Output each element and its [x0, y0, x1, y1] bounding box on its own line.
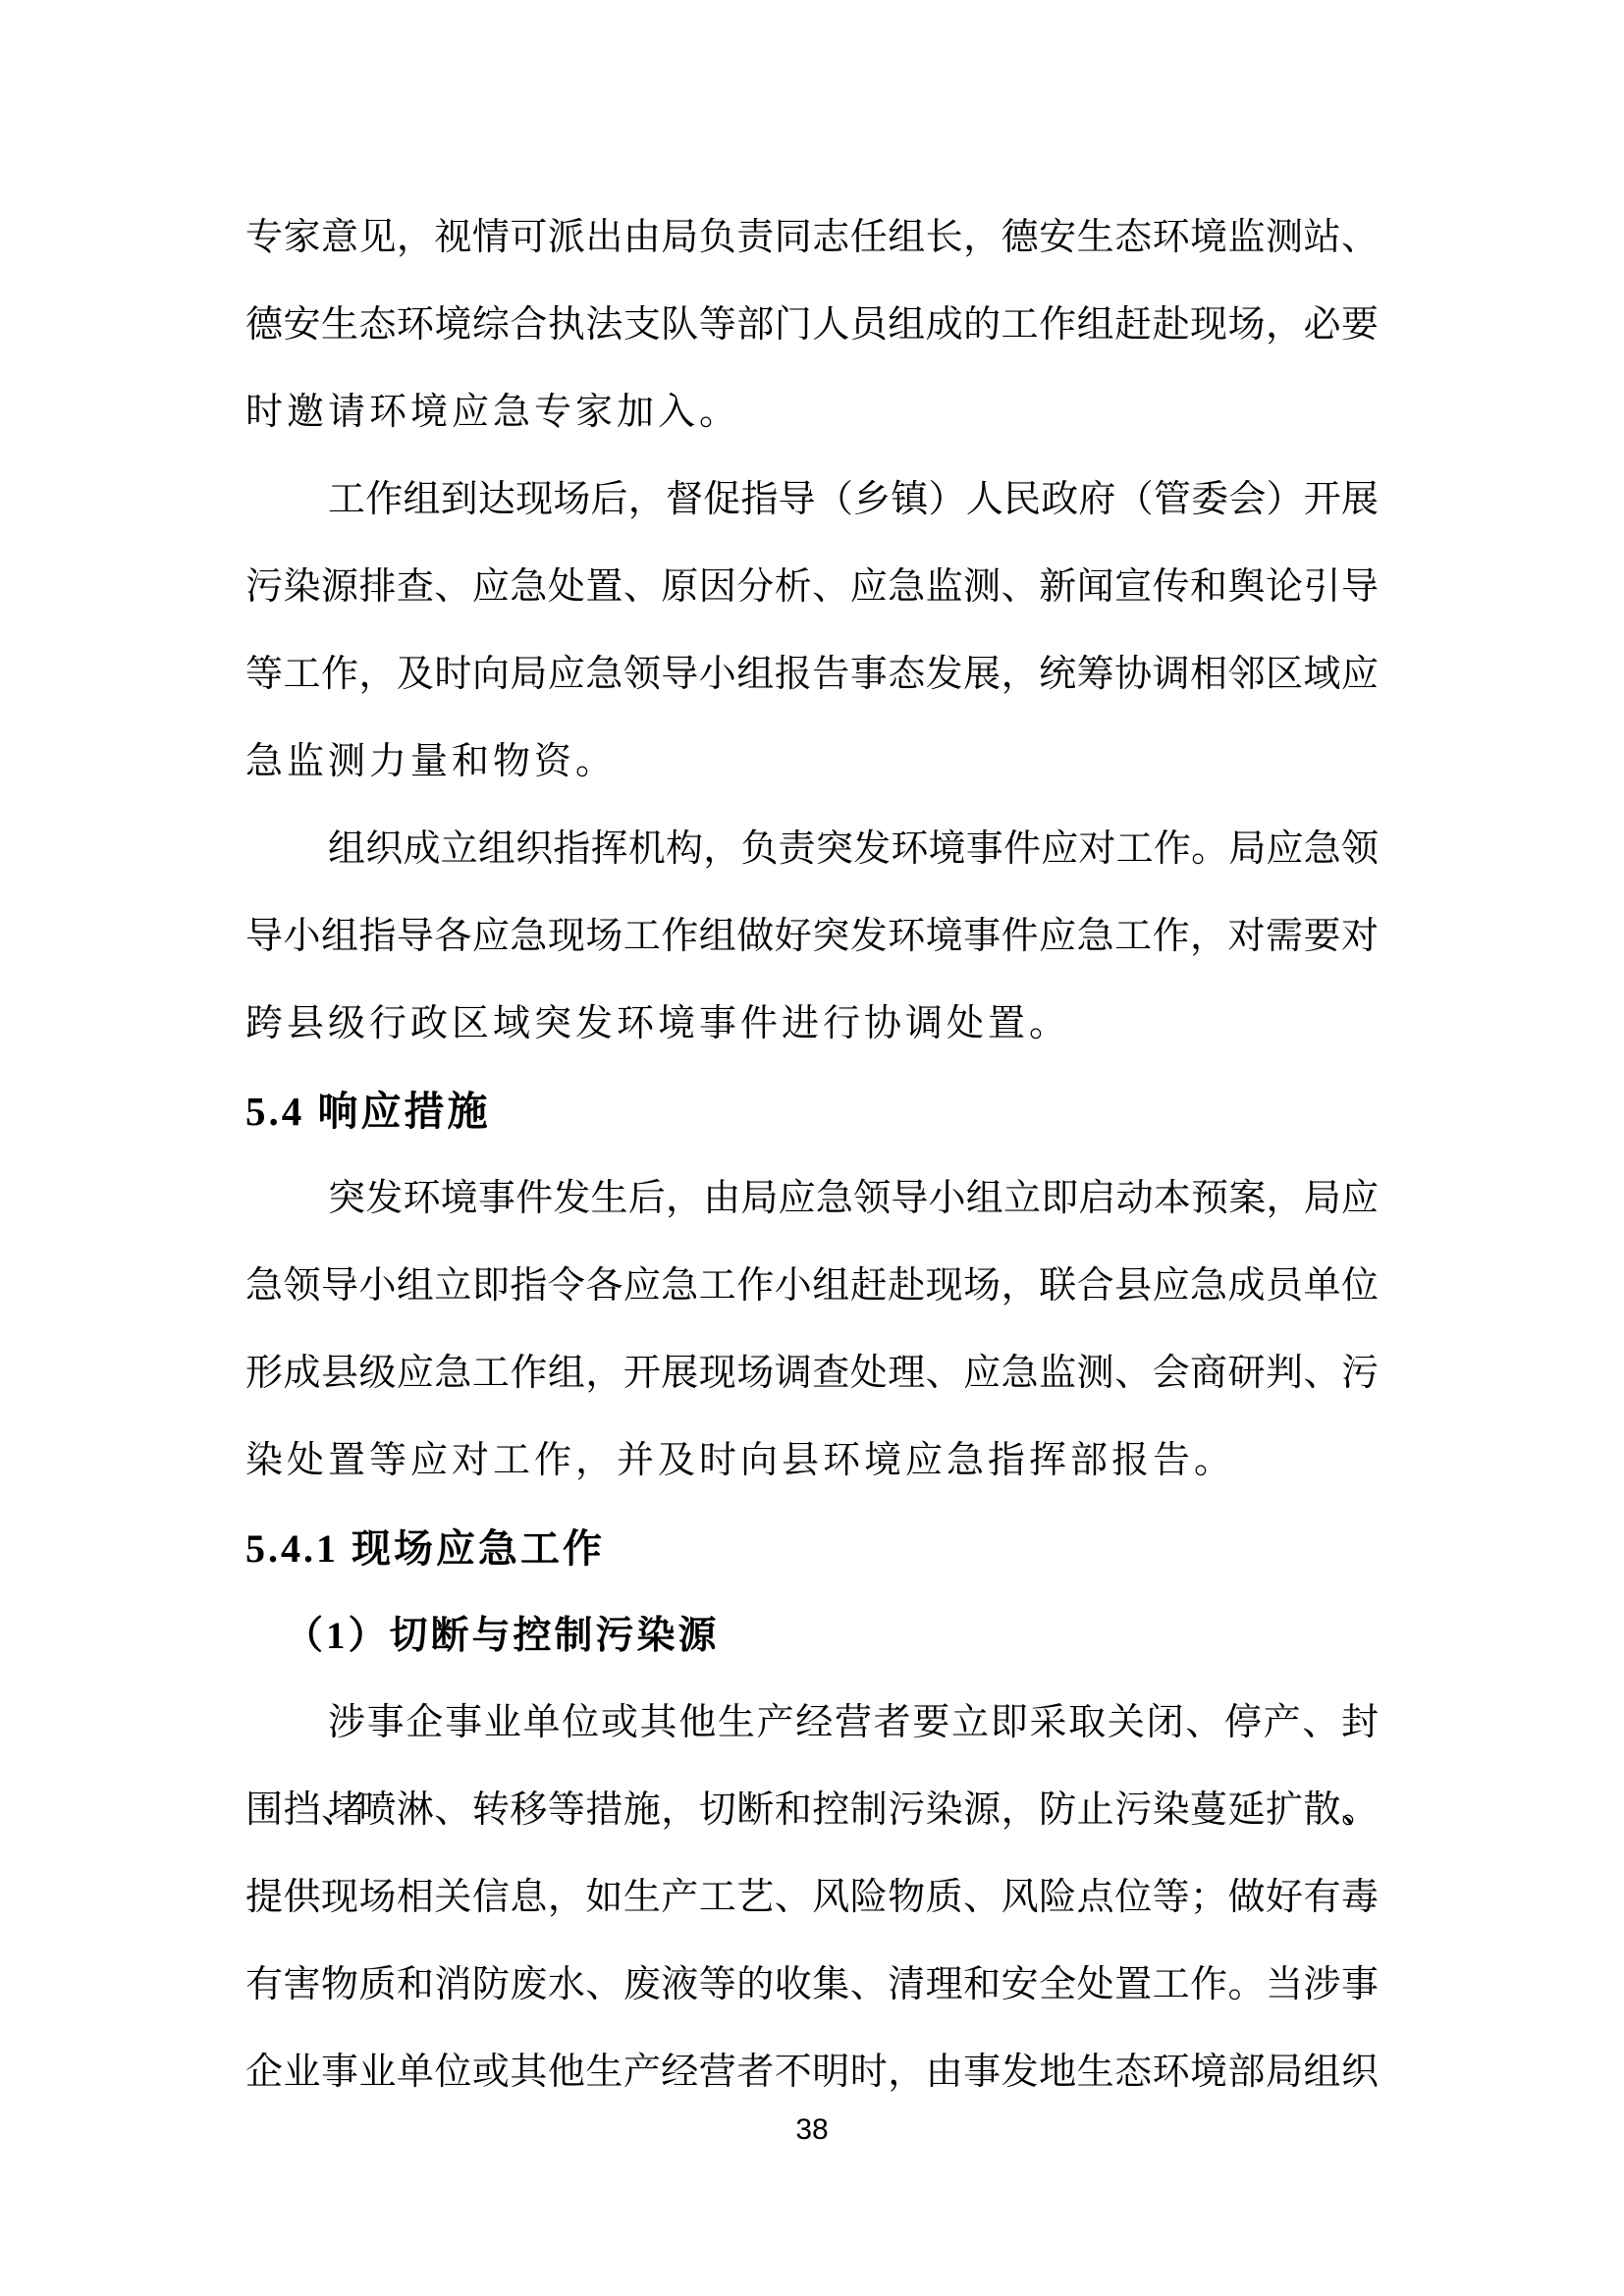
- body-line: 专家意见，视情可派出由局负责同志任组长，德安生态环境监测站、: [245, 194, 1379, 282]
- body-line: 提供现场相关信息，如生产工艺、风险物质、风险点位等；做好有毒: [245, 1854, 1379, 1942]
- section-heading-5-4: 5.4 响应措施: [245, 1068, 1379, 1155]
- body-line: 德安生态环境综合执法支队等部门人员组成的工作组赶赴现场，必要: [245, 282, 1379, 369]
- body-line: 企业事业单位或其他生产经营者不明时，由事发地生态环境部局组织: [245, 2029, 1379, 2116]
- body-line: 有害物质和消防废水、废液等的收集、清理和安全处置工作。当涉事: [245, 1942, 1379, 2029]
- body-line: 污染源排查、应急处置、原因分析、应急监测、新闻宣传和舆论引导: [245, 544, 1379, 631]
- body-line: 形成县级应急工作组，开展现场调查处理、应急监测、会商研判、污: [245, 1330, 1379, 1417]
- body-line: 急领导小组立即指令各应急工作小组赶赴现场，联合县应急成员单位: [245, 1243, 1379, 1330]
- body-line: 工作组到达现场后，督促指导（乡镇）人民政府（管委会）开展: [245, 456, 1379, 544]
- document-page: 专家意见，视情可派出由局负责同志任组长，德安生态环境监测站、 德安生态环境综合执…: [0, 0, 1624, 2296]
- section-heading-5-4-1: 5.4.1 现场应急工作: [245, 1505, 1379, 1592]
- body-line: 等工作，及时向局应急领导小组报告事态发展，统筹协调相邻区域应: [245, 631, 1379, 719]
- body-line: 导小组指导各应急现场工作组做好突发环境事件应急工作，对需要对: [245, 893, 1379, 981]
- body-line: 急监测力量和物资。: [245, 719, 1379, 806]
- body-line: 染处置等应对工作，并及时向县环境应急指挥部报告。: [245, 1417, 1379, 1505]
- body-line: 突发环境事件发生后，由局应急领导小组立即启动本预案，局应: [245, 1155, 1379, 1243]
- body-line: 时邀请环境应急专家加入。: [245, 369, 1379, 456]
- body-line: 跨县级行政区域突发环境事件进行协调处置。: [245, 981, 1379, 1068]
- body-line: 涉事企事业单位或其他生产经营者要立即采取关闭、停产、封堵、: [245, 1680, 1379, 1767]
- body-line: 组织成立组织指挥机构，负责突发环境事件应对工作。局应急领: [245, 806, 1379, 893]
- page-number: 38: [245, 2109, 1379, 2152]
- page-content: 专家意见，视情可派出由局负责同志任组长，德安生态环境监测站、 德安生态环境综合执…: [245, 194, 1379, 2116]
- body-line: 围挡、喷淋、转移等措施，切断和控制污染源，防止污染蔓延扩散。: [245, 1767, 1379, 1854]
- item-heading-1: （1）切断与控制污染源: [245, 1592, 1379, 1680]
